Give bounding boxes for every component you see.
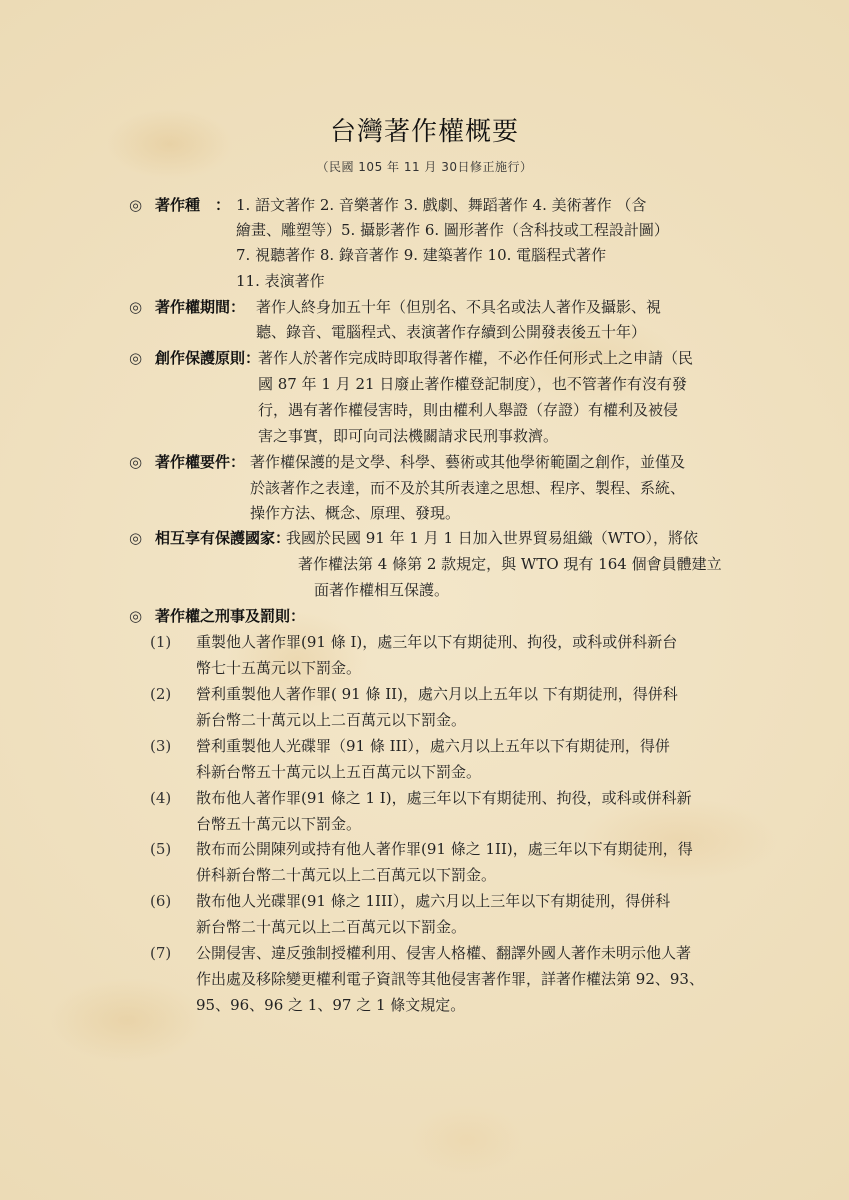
double-circle-bullet-icon: ◎ [129,528,142,548]
section-label-creation-protection: 創作保護原則： [155,348,260,368]
double-circle-bullet-icon: ◎ [129,452,142,472]
penalty-item-number: (1) [150,632,171,652]
section-label-copyright-requirements: 著作權要件： [155,452,245,472]
section-label-work-types: 著作種 ： [155,195,230,215]
penalty-item-text: 台幣五十萬元以下罰金。 [196,814,361,834]
double-circle-bullet-icon: ◎ [129,297,142,317]
section-text-line: 1. 語文著作 2. 音樂著作 3. 戲劇、舞蹈著作 4. 美術著作 （含 [236,195,646,215]
penalty-item-text: 散布而公開陳列或持有他人著作罪(91 條之 1II)，處三年以下有期徒刑，得 [196,839,693,859]
section-text-line: 聽、錄音、電腦程式、表演著作存續到公開發表後五十年） [256,322,646,342]
section-text-line: 行，遇有著作權侵害時，則由權利人舉證（存證）有權利及被侵 [258,400,678,420]
penalty-item-text: 營利重製他人光碟罪（91 條 III），處六月以上五年以下有期徒刑，得併 [196,736,670,756]
section-label-criminal-penalties: 著作權之刑事及罰則： [155,606,305,626]
double-circle-bullet-icon: ◎ [129,348,142,368]
page-subtitle: （民國 105 年 11 月 30日修正施行） [0,158,849,175]
section-text-line: 7. 視聽著作 8. 錄音著作 9. 建築著作 10. 電腦程式著作 [236,245,606,265]
penalty-item-number: (2) [150,684,171,704]
penalty-item-text: 重製他人著作罪(91 條 I)，處三年以下有期徒刑、拘役，或科或併科新台 [196,632,677,652]
penalty-item-text: 作出處及移除變更權利電子資訊等其他侵害著作罪，詳著作權法第 92、93、 [196,969,704,989]
section-text-line: 著作人終身加五十年（但別名、不具名或法人著作及攝影、視 [256,297,661,317]
penalty-item-text: 併科新台幣二十萬元以上二百萬元以下罰金。 [196,865,496,885]
penalty-item-text: 幣七十五萬元以下罰金。 [196,658,361,678]
section-text-line: 著作權法第 4 條第 2 款規定，與 WTO 現有 164 個會員體建立 [298,554,722,574]
penalty-item-number: (6) [150,891,171,911]
penalty-item-text: 營利重製他人著作罪( 91 條 II)，處六月以上五年以 下有期徒刑，得併科 [196,684,678,704]
section-text-line: 面著作權相互保護。 [314,580,449,600]
penalty-item-text: 散布他人著作罪(91 條之 1 I)，處三年以下有期徒刑、拘役，或科或併科新 [196,788,692,808]
page-title: 台灣著作權概要 [0,111,849,148]
double-circle-bullet-icon: ◎ [129,606,142,626]
section-text-line: 於該著作之表達，而不及於其所表達之思想、程序、製程、系統、 [250,478,685,498]
section-text-line: 害之事實，即可向司法機關請求民刑事救濟。 [258,426,558,446]
penalty-item-text: 公開侵害、違反強制授權利用、侵害人格權、翻譯外國人著作未明示他人著 [196,943,691,963]
penalty-item-text: 新台幣二十萬元以上二百萬元以下罰金。 [196,710,466,730]
penalty-item-number: (5) [150,839,171,859]
penalty-item-number: (7) [150,943,171,963]
section-text-line: 著作權保護的是文學、科學、藝術或其他學術範圍之創作，並僅及 [250,452,685,472]
section-label-copyright-term: 著作權期間： [155,297,245,317]
section-text-line: 繪畫、雕塑等）5. 攝影著作 6. 圖形著作（含科技或工程設計圖） [236,220,669,240]
section-text-line: 我國於民國 91 年 1 月 1 日加入世界貿易組織（WTO），將依 [286,528,698,548]
section-text-line: 著作人於著作完成時即取得著作權，不必作任何形式上之申請（民 [258,348,693,368]
section-text-line: 11. 表演著作 [236,271,325,291]
double-circle-bullet-icon: ◎ [129,195,142,215]
penalty-item-text: 科新台幣五十萬元以上五百萬元以下罰金。 [196,762,481,782]
document-page: 台灣著作權概要 （民國 105 年 11 月 30日修正施行） ◎ 著作種 ： … [0,0,849,1200]
penalty-item-text: 新台幣二十萬元以上二百萬元以下罰金。 [196,917,466,937]
section-label-reciprocal-protection: 相互享有保護國家： [155,528,290,548]
penalty-item-number: (3) [150,736,171,756]
penalty-item-number: (4) [150,788,171,808]
section-text-line: 操作方法、概念、原理、發現。 [250,503,460,523]
section-text-line: 國 87 年 1 月 21 日廢止著作權登記制度），也不管著作有沒有發 [258,374,687,394]
penalty-item-text: 95、96、96 之 1、97 之 1 條文規定。 [196,995,465,1015]
penalty-item-text: 散布他人光碟罪(91 條之 1III），處六月以上三年以下有期徒刑，得併科 [196,891,670,911]
